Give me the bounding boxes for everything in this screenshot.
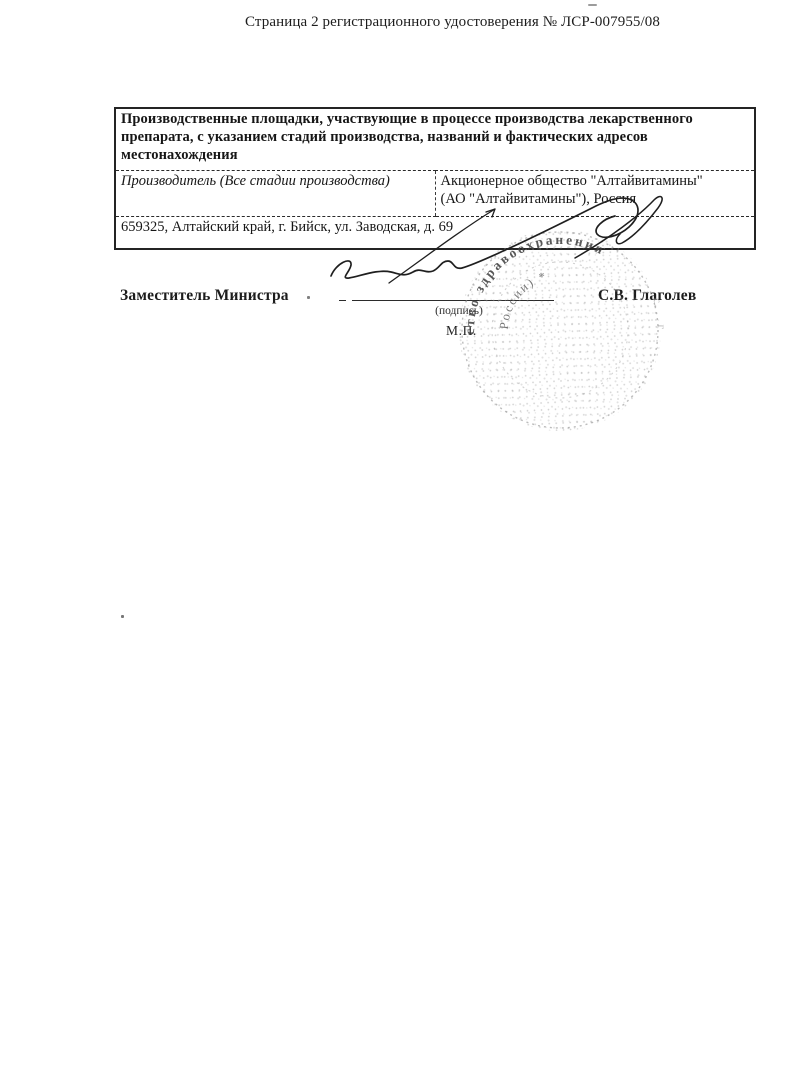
table-header-line: препарата, с указанием стадий производст… — [121, 129, 748, 147]
production-sites-table: Производственные площадки, участвующие в… — [114, 107, 756, 250]
producer-value-line: (АО "Алтайвитамины"), Россия — [441, 191, 749, 209]
scanned-certificate-page: Страница 2 регистрационного удостоверени… — [0, 0, 805, 1067]
scan-speck-margin — [121, 615, 124, 618]
seal-place-label: М.П. — [446, 323, 477, 339]
stamp-inner-ring — [478, 248, 643, 413]
table-row: Производственные площадки, участвующие в… — [115, 108, 755, 171]
table-header-cell: Производственные площадки, участвующие в… — [115, 108, 755, 171]
producer-label-cell: Производитель (Все стадии производства) — [115, 171, 435, 217]
producer-address-cell: 659325, Алтайский край, г. Бийск, ул. За… — [115, 217, 755, 250]
signatory-title: Заместитель Министра — [120, 287, 289, 305]
page-title: Страница 2 регистрационного удостоверени… — [100, 14, 805, 31]
table-row: Производитель (Все стадии производства) … — [115, 171, 755, 217]
producer-value-cell: Акционерное общество "Алтайвитамины" (АО… — [435, 171, 755, 217]
scan-speck-period — [307, 296, 310, 299]
signature-line — [352, 300, 554, 301]
scan-speck-top — [588, 4, 597, 6]
producer-value-line: Акционерное общество "Алтайвитамины" — [441, 173, 749, 191]
signature-caption: (подпись) — [428, 305, 490, 317]
table-row: 659325, Алтайский край, г. Бийск, ул. За… — [115, 217, 755, 250]
signature-line-dash — [339, 300, 346, 301]
table-header-line: местонахождения — [121, 147, 748, 165]
signatory-name: С.В. Глаголев — [598, 287, 696, 305]
table-header-line: Производственные площадки, участвующие в… — [121, 111, 748, 129]
